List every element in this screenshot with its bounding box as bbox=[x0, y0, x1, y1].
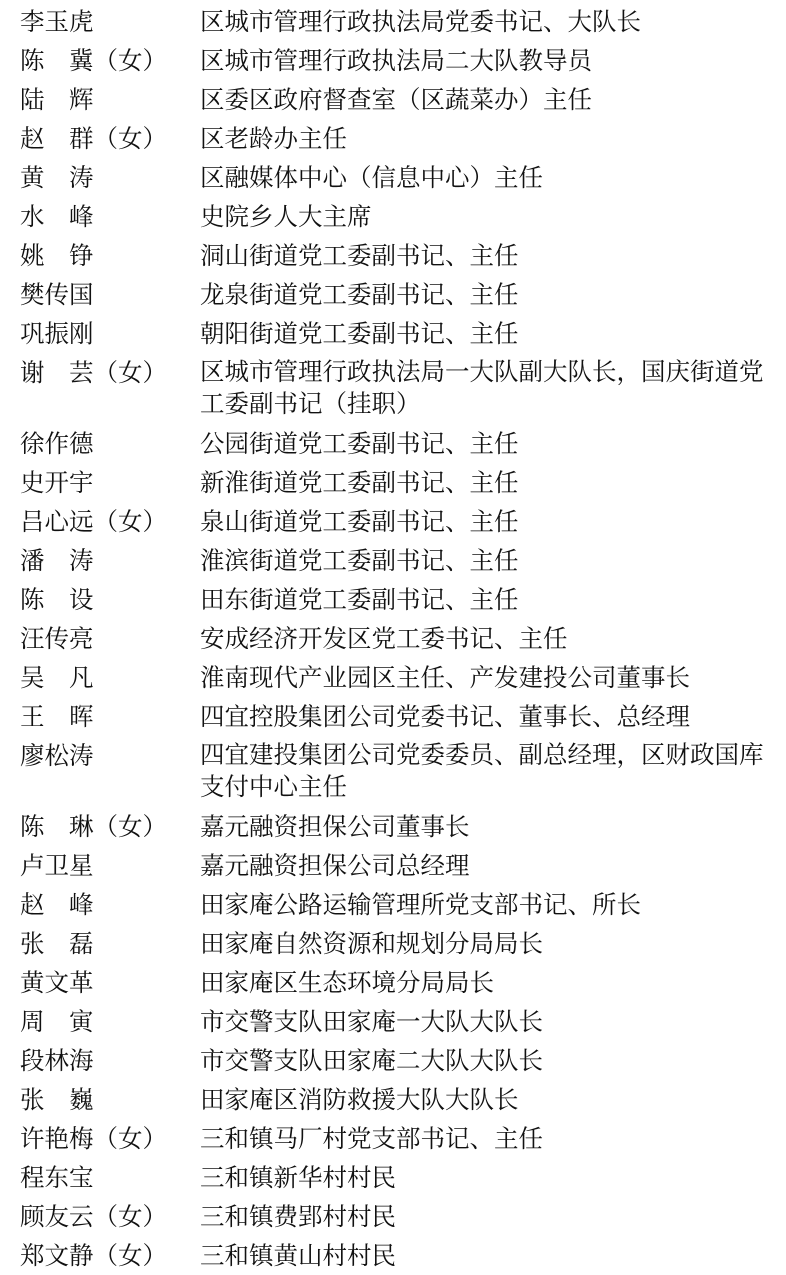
list-item: 水 峰史院乡人大主席 bbox=[0, 197, 786, 236]
personnel-list: 李玉虎区城市管理行政执法局党委书记、大队长 陈 冀（女）区城市管理行政执法局二大… bbox=[0, 0, 786, 1275]
list-item: 段林海市交警支队田家庵二大队大队长 bbox=[0, 1041, 786, 1080]
person-position: 龙泉街道党工委副书记、主任 bbox=[200, 275, 786, 314]
list-item: 陈 琳（女）嘉元融资担保公司董事长 bbox=[0, 807, 786, 846]
person-name: 陈 琳（女） bbox=[0, 807, 200, 846]
list-item: 陈 冀（女）区城市管理行政执法局二大队教导员 bbox=[0, 41, 786, 80]
list-item: 黄 涛区融媒体中心（信息中心）主任 bbox=[0, 158, 786, 197]
person-position: 田家庵区生态环境分局局长 bbox=[200, 963, 786, 1002]
person-position: 区城市管理行政执法局一大队副大队长，国庆街道党工委副书记（挂职） bbox=[200, 353, 786, 424]
person-name: 黄 涛 bbox=[0, 158, 200, 197]
person-position: 区融媒体中心（信息中心）主任 bbox=[200, 158, 786, 197]
person-name: 谢 芸（女） bbox=[0, 353, 200, 392]
person-position: 淮滨街道党工委副书记、主任 bbox=[200, 541, 786, 580]
list-item: 郑文静（女）三和镇黄山村村民 bbox=[0, 1236, 786, 1275]
list-item: 谢 芸（女）区城市管理行政执法局一大队副大队长，国庆街道党工委副书记（挂职） bbox=[0, 353, 786, 424]
person-name: 黄文革 bbox=[0, 963, 200, 1002]
person-name: 陈 设 bbox=[0, 580, 200, 619]
person-position: 新淮街道党工委副书记、主任 bbox=[200, 463, 786, 502]
list-item: 顾友云（女）三和镇费郢村村民 bbox=[0, 1197, 786, 1236]
list-item: 黄文革田家庵区生态环境分局局长 bbox=[0, 963, 786, 1002]
person-position: 区城市管理行政执法局党委书记、大队长 bbox=[200, 2, 786, 41]
list-item: 陈 设田东街道党工委副书记、主任 bbox=[0, 580, 786, 619]
person-name: 段林海 bbox=[0, 1041, 200, 1080]
person-name: 吴 凡 bbox=[0, 658, 200, 697]
list-item: 姚 铮洞山街道党工委副书记、主任 bbox=[0, 236, 786, 275]
person-position: 朝阳街道党工委副书记、主任 bbox=[200, 314, 786, 353]
person-position: 三和镇黄山村村民 bbox=[200, 1236, 786, 1275]
list-item: 赵 峰田家庵公路运输管理所党支部书记、所长 bbox=[0, 885, 786, 924]
list-item: 史开宇新淮街道党工委副书记、主任 bbox=[0, 463, 786, 502]
person-name: 吕心远（女） bbox=[0, 502, 200, 541]
person-name: 陆 辉 bbox=[0, 80, 200, 119]
person-name: 李玉虎 bbox=[0, 2, 200, 41]
person-position: 四宜建投集团公司党委委员、副总经理，区财政国库支付中心主任 bbox=[200, 736, 786, 807]
person-position: 田家庵公路运输管理所党支部书记、所长 bbox=[200, 885, 786, 924]
person-name: 张 巍 bbox=[0, 1080, 200, 1119]
person-name: 王 晖 bbox=[0, 697, 200, 736]
list-item: 徐作德公园街道党工委副书记、主任 bbox=[0, 424, 786, 463]
person-position: 区委区政府督查室（区蔬菜办）主任 bbox=[200, 80, 786, 119]
person-position: 淮南现代产业园区主任、产发建投公司董事长 bbox=[200, 658, 786, 697]
person-position: 市交警支队田家庵一大队大队长 bbox=[200, 1002, 786, 1041]
person-name: 史开宇 bbox=[0, 463, 200, 502]
person-name: 廖松涛 bbox=[0, 736, 200, 775]
list-item: 樊传国龙泉街道党工委副书记、主任 bbox=[0, 275, 786, 314]
person-name: 水 峰 bbox=[0, 197, 200, 236]
list-item: 王 晖四宜控股集团公司党委书记、董事长、总经理 bbox=[0, 697, 786, 736]
list-item: 李玉虎区城市管理行政执法局党委书记、大队长 bbox=[0, 2, 786, 41]
person-name: 陈 冀（女） bbox=[0, 41, 200, 80]
person-name: 卢卫星 bbox=[0, 846, 200, 885]
list-item: 许艳梅（女）三和镇马厂村党支部书记、主任 bbox=[0, 1119, 786, 1158]
person-name: 张 磊 bbox=[0, 924, 200, 963]
list-item: 赵 群（女）区老龄办主任 bbox=[0, 119, 786, 158]
person-position: 田家庵自然资源和规划分局局长 bbox=[200, 924, 786, 963]
list-item: 巩振刚朝阳街道党工委副书记、主任 bbox=[0, 314, 786, 353]
person-position: 四宜控股集团公司党委书记、董事长、总经理 bbox=[200, 697, 786, 736]
person-position: 区老龄办主任 bbox=[200, 119, 786, 158]
person-name: 樊传国 bbox=[0, 275, 200, 314]
list-item: 卢卫星嘉元融资担保公司总经理 bbox=[0, 846, 786, 885]
person-position: 洞山街道党工委副书记、主任 bbox=[200, 236, 786, 275]
person-name: 程东宝 bbox=[0, 1158, 200, 1197]
person-name: 潘 涛 bbox=[0, 541, 200, 580]
list-item: 潘 涛淮滨街道党工委副书记、主任 bbox=[0, 541, 786, 580]
person-position: 市交警支队田家庵二大队大队长 bbox=[200, 1041, 786, 1080]
list-item: 张 巍田家庵区消防救援大队大队长 bbox=[0, 1080, 786, 1119]
list-item: 吕心远（女）泉山街道党工委副书记、主任 bbox=[0, 502, 786, 541]
person-name: 顾友云（女） bbox=[0, 1197, 200, 1236]
person-position: 公园街道党工委副书记、主任 bbox=[200, 424, 786, 463]
list-item: 程东宝三和镇新华村村民 bbox=[0, 1158, 786, 1197]
person-position: 三和镇费郢村村民 bbox=[200, 1197, 786, 1236]
list-item: 汪传亮安成经济开发区党工委书记、主任 bbox=[0, 619, 786, 658]
person-name: 赵 群（女） bbox=[0, 119, 200, 158]
list-item: 周 寅市交警支队田家庵一大队大队长 bbox=[0, 1002, 786, 1041]
person-position: 田东街道党工委副书记、主任 bbox=[200, 580, 786, 619]
person-name: 周 寅 bbox=[0, 1002, 200, 1041]
person-name: 巩振刚 bbox=[0, 314, 200, 353]
list-item: 张 磊田家庵自然资源和规划分局局长 bbox=[0, 924, 786, 963]
person-position: 史院乡人大主席 bbox=[200, 197, 786, 236]
person-name: 姚 铮 bbox=[0, 236, 200, 275]
person-position: 三和镇新华村村民 bbox=[200, 1158, 786, 1197]
person-position: 泉山街道党工委副书记、主任 bbox=[200, 502, 786, 541]
person-position: 田家庵区消防救援大队大队长 bbox=[200, 1080, 786, 1119]
person-name: 汪传亮 bbox=[0, 619, 200, 658]
person-name: 许艳梅（女） bbox=[0, 1119, 200, 1158]
person-position: 安成经济开发区党工委书记、主任 bbox=[200, 619, 786, 658]
person-name: 赵 峰 bbox=[0, 885, 200, 924]
person-position: 三和镇马厂村党支部书记、主任 bbox=[200, 1119, 786, 1158]
person-position: 嘉元融资担保公司董事长 bbox=[200, 807, 786, 846]
person-name: 郑文静（女） bbox=[0, 1236, 200, 1275]
person-name: 徐作德 bbox=[0, 424, 200, 463]
person-position: 区城市管理行政执法局二大队教导员 bbox=[200, 41, 786, 80]
person-position: 嘉元融资担保公司总经理 bbox=[200, 846, 786, 885]
list-item: 吴 凡淮南现代产业园区主任、产发建投公司董事长 bbox=[0, 658, 786, 697]
list-item: 廖松涛四宜建投集团公司党委委员、副总经理，区财政国库支付中心主任 bbox=[0, 736, 786, 807]
list-item: 陆 辉区委区政府督查室（区蔬菜办）主任 bbox=[0, 80, 786, 119]
